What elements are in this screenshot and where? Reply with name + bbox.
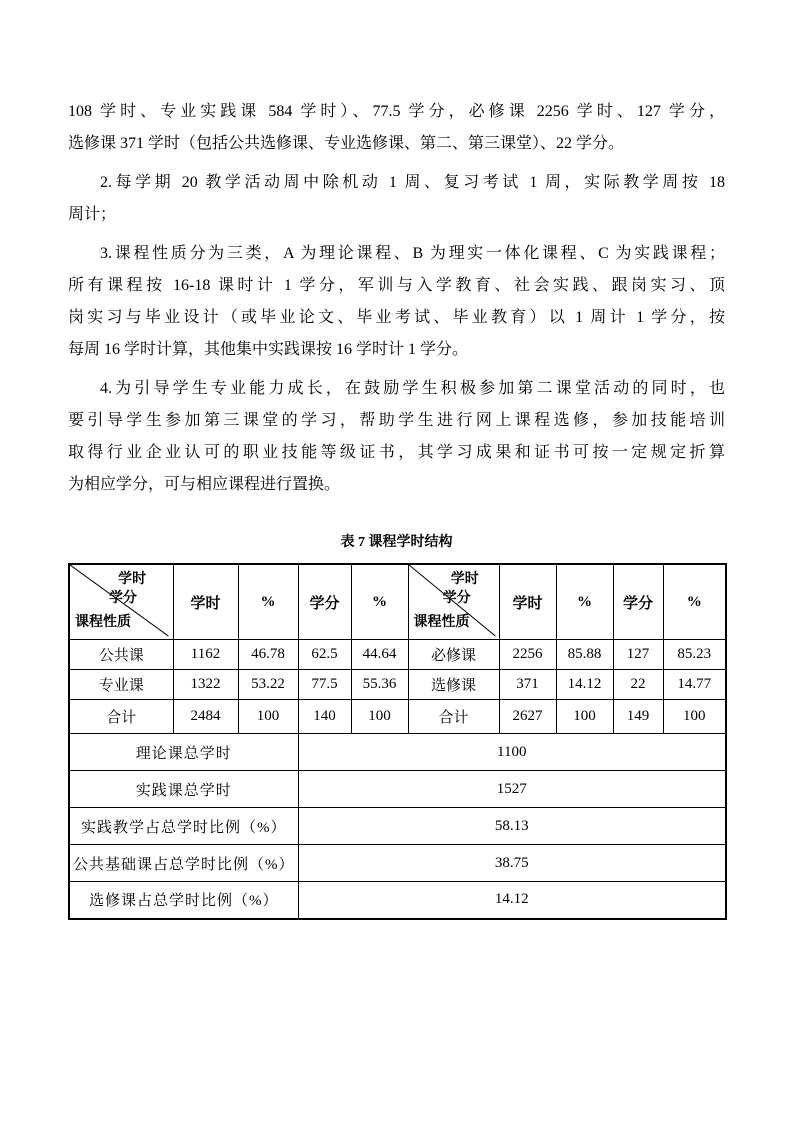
table-cell: 53.22 [238,670,298,700]
column-header: 学分 [613,564,663,640]
text-line: 要引导学生参加第三课堂的学习，帮助学生进行网上课程选修，参加技能培训 [68,405,725,437]
column-header: 学时 [499,564,556,640]
table-cell: 1322 [173,670,238,700]
corner-mid-label: 学分 [109,591,137,607]
summary-value: 1100 [298,734,726,771]
paragraph: 2.每学期 20 教学活动周中除机动 1 周、复习考试 1 周，实际教学周按 1… [68,167,725,231]
table-row: 专业课 1322 53.22 77.5 55.36 选修课 371 14.12 … [69,670,726,700]
table-cell: 149 [613,700,663,734]
row-label: 选修课 [408,670,499,700]
table-cell: 44.64 [351,640,408,670]
text-line: 108 学时、专业实践课 584 学时）、77.5 学分，必修课 2256 学时… [68,96,725,128]
text-line: 选修课 371 学时（包括公共选修课、专业选修课、第二、第三课堂）、22 学分。 [68,128,725,160]
summary-value: 1527 [298,771,726,808]
summary-label: 实践课总学时 [69,771,298,808]
table-cell: 371 [499,670,556,700]
table-title: 表 7 课程学时结构 [68,534,725,552]
text-line: 为相应学分，可与相应课程进行置换。 [68,469,725,501]
column-header: 学分 [298,564,351,640]
column-header: % [556,564,613,640]
corner-top-label: 学时 [118,572,146,588]
table-row: 公共课 1162 46.78 62.5 44.64 必修课 2256 85.88… [69,640,726,670]
summary-label: 公共基础课占总学时比例（%） [69,845,298,882]
table-cell: 14.12 [556,670,613,700]
diagonal-header-cell: 学时 学分 课程性质 [408,564,499,640]
row-label: 专业课 [69,670,173,700]
summary-row: 公共基础课占总学时比例（%） 38.75 [69,845,726,882]
text-line: 每周 16 学时计算，其他集中实践课按 16 学时计 1 学分。 [68,334,725,366]
row-label: 合计 [69,700,173,734]
text-line: 2.每学期 20 教学活动周中除机动 1 周、复习考试 1 周，实际教学周按 1… [68,167,725,199]
column-header: % [351,564,408,640]
text-line: 周计； [68,199,725,231]
document-content: 108 学时、专业实践课 584 学时）、77.5 学分，必修课 2256 学时… [68,96,725,920]
table-cell: 85.23 [663,640,726,670]
text-line: 岗实习与毕业设计（或毕业论文、毕业考试、毕业教育）以 1 周计 1 学分，按 [68,302,725,334]
table-cell: 62.5 [298,640,351,670]
row-label: 公共课 [69,640,173,670]
text-line: 所有课程按 16-18 课时计 1 学分，军训与入学教育、社会实践、跟岗实习、顶 [68,270,725,302]
document-page: 108 学时、专业实践课 584 学时）、77.5 学分，必修课 2256 学时… [0,0,793,1122]
course-hours-table: 学时 学分 课程性质 学时 % 学分 % 学时 [68,563,727,920]
table-cell: 46.78 [238,640,298,670]
table-cell: 100 [663,700,726,734]
text-line: 取得行业企业认可的职业技能等级证书，其学习成果和证书可按一定规定折算 [68,437,725,469]
summary-value: 38.75 [298,845,726,882]
corner-bottom-label: 课程性质 [75,615,131,631]
table-cell: 2256 [499,640,556,670]
summary-value: 58.13 [298,808,726,845]
paragraph: 108 学时、专业实践课 584 学时）、77.5 学分，必修课 2256 学时… [68,96,725,160]
corner-bottom-label: 课程性质 [414,615,470,631]
summary-label: 理论课总学时 [69,734,298,771]
table-row-total: 合计 2484 100 140 100 合计 2627 100 149 100 [69,700,726,734]
table-cell: 100 [238,700,298,734]
text-line: 3.课程性质分为三类，A 为理论课程、B 为理实一体化课程、C 为实践课程； [68,238,725,270]
table-cell: 100 [556,700,613,734]
table-cell: 77.5 [298,670,351,700]
summary-value: 14.12 [298,882,726,919]
paragraph: 3.课程性质分为三类，A 为理论课程、B 为理实一体化课程、C 为实践课程； 所… [68,238,725,366]
table-cell: 127 [613,640,663,670]
summary-label: 实践教学占总学时比例（%） [69,808,298,845]
table-cell: 2484 [173,700,238,734]
table-cell: 22 [613,670,663,700]
summary-label: 选修课占总学时比例（%） [69,882,298,919]
summary-row: 实践课总学时 1527 [69,771,726,808]
table-cell: 85.88 [556,640,613,670]
table-cell: 2627 [499,700,556,734]
diagonal-header-cell: 学时 学分 课程性质 [69,564,173,640]
table-cell: 140 [298,700,351,734]
summary-row: 理论课总学时 1100 [69,734,726,771]
text-line: 4.为引导学生专业能力成长，在鼓励学生积极参加第二课堂活动的同时，也 [68,373,725,405]
column-header: 学时 [173,564,238,640]
row-label: 合计 [408,700,499,734]
table-cell: 14.77 [663,670,726,700]
paragraph: 4.为引导学生专业能力成长，在鼓励学生积极参加第二课堂活动的同时，也 要引导学生… [68,373,725,501]
table-cell: 100 [351,700,408,734]
corner-top-label: 学时 [451,572,479,588]
summary-row: 实践教学占总学时比例（%） 58.13 [69,808,726,845]
table-cell: 55.36 [351,670,408,700]
column-header: % [663,564,726,640]
table-header-row: 学时 学分 课程性质 学时 % 学分 % 学时 [69,564,726,640]
column-header: % [238,564,298,640]
summary-row: 选修课占总学时比例（%） 14.12 [69,882,726,919]
table-cell: 1162 [173,640,238,670]
corner-mid-label: 学分 [443,591,471,607]
row-label: 必修课 [408,640,499,670]
